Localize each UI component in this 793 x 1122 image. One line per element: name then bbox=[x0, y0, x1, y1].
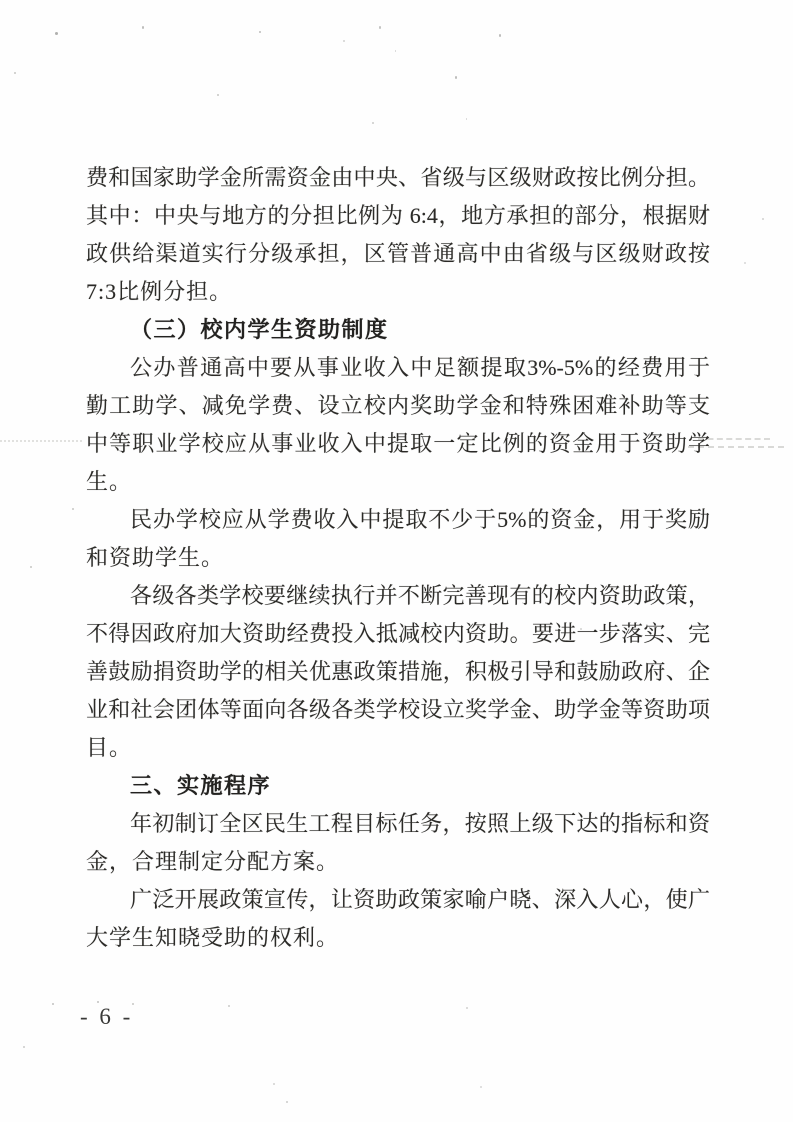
scan-speck bbox=[52, 1003, 54, 1005]
text-line: 7:3比例分担。 bbox=[86, 273, 710, 311]
scan-speck bbox=[395, 50, 396, 52]
scan-speck bbox=[30, 566, 32, 568]
scan-speck bbox=[372, 122, 374, 124]
scan-speck bbox=[23, 1046, 25, 1048]
scan-speck bbox=[762, 218, 764, 220]
heading-section-3-campus-aid: （三）校内学生资助制度 bbox=[86, 311, 710, 349]
scan-speck bbox=[455, 76, 457, 79]
scan-smudge bbox=[0, 440, 82, 442]
scan-speck bbox=[343, 40, 345, 42]
scan-speck bbox=[286, 1101, 288, 1103]
document-body-text: 费和国家助学金所需资金由中央、省级与区级财政按比例分担。 其中：中央与地方的分担… bbox=[86, 159, 710, 957]
scan-speck bbox=[499, 34, 501, 37]
text-line: 各级各类学校要继续执行并不断完善现有的校内资助政策， bbox=[86, 577, 710, 615]
text-line: 中等职业学校应从事业收入中提取一定比例的资金用于资助学 bbox=[86, 425, 710, 463]
text-line: 善鼓励捐资助学的相关优惠政策措施，积极引导和鼓励政府、企 bbox=[86, 653, 710, 691]
scan-speck bbox=[142, 26, 144, 29]
scan-speck bbox=[379, 26, 381, 29]
text-line: 勤工助学、减免学费、设立校内奖助学金和特殊困难补助等支出； bbox=[86, 387, 710, 425]
scan-speck bbox=[217, 94, 219, 96]
text-line: 民办学校应从学费收入中提取不少于5%的资金，用于奖励 bbox=[86, 501, 710, 539]
scan-speck bbox=[744, 262, 746, 264]
text-line: 年初制订全区民生工程目标任务，按照上级下达的指标和资 bbox=[86, 805, 710, 843]
scanned-document-page: 费和国家助学金所需资金由中央、省级与区级财政按比例分担。 其中：中央与地方的分担… bbox=[0, 0, 793, 1122]
text-line: 大学生知晓受助的权利。 bbox=[86, 919, 710, 957]
heading-section-implementation: 三、实施程序 bbox=[86, 767, 710, 805]
scan-speck bbox=[273, 1083, 275, 1085]
page-number: - 6 - bbox=[80, 1004, 133, 1030]
scan-speck bbox=[97, 1001, 99, 1003]
text-line: 目。 bbox=[86, 729, 710, 767]
text-line: 公办普通高中要从事业收入中足额提取3%-5%的经费用于 bbox=[86, 349, 710, 387]
text-line: 政供给渠道实行分级承担，区管普通高中由省级与区级财政按 bbox=[86, 235, 710, 273]
text-line: 费和国家助学金所需资金由中央、省级与区级财政按比例分担。 bbox=[86, 159, 710, 197]
text-line: 生。 bbox=[86, 463, 710, 501]
scan-speck bbox=[72, 508, 74, 510]
scan-speck bbox=[466, 118, 467, 120]
scan-speck bbox=[259, 31, 261, 33]
scan-speck bbox=[55, 32, 58, 35]
scan-speck bbox=[228, 1005, 230, 1007]
scan-speck bbox=[466, 1007, 468, 1009]
text-line: 和资助学生。 bbox=[86, 539, 710, 577]
scan-speck bbox=[480, 1086, 482, 1088]
text-line: 广泛开展政策宣传，让资助政策家喻户晓、深入人心，使广 bbox=[86, 881, 710, 919]
text-line: 不得因政府加大资助经费投入抵减校内资助。要进一步落实、完 bbox=[86, 615, 710, 653]
text-line: 金，合理制定分配方案。 bbox=[86, 843, 710, 881]
scan-speck bbox=[14, 72, 16, 74]
text-line: 业和社会团体等面向各级各类学校设立奖学金、助学金等资助项 bbox=[86, 691, 710, 729]
text-line: 其中：中央与地方的分担比例为 6:4，地方承担的部分，根据财 bbox=[86, 197, 710, 235]
